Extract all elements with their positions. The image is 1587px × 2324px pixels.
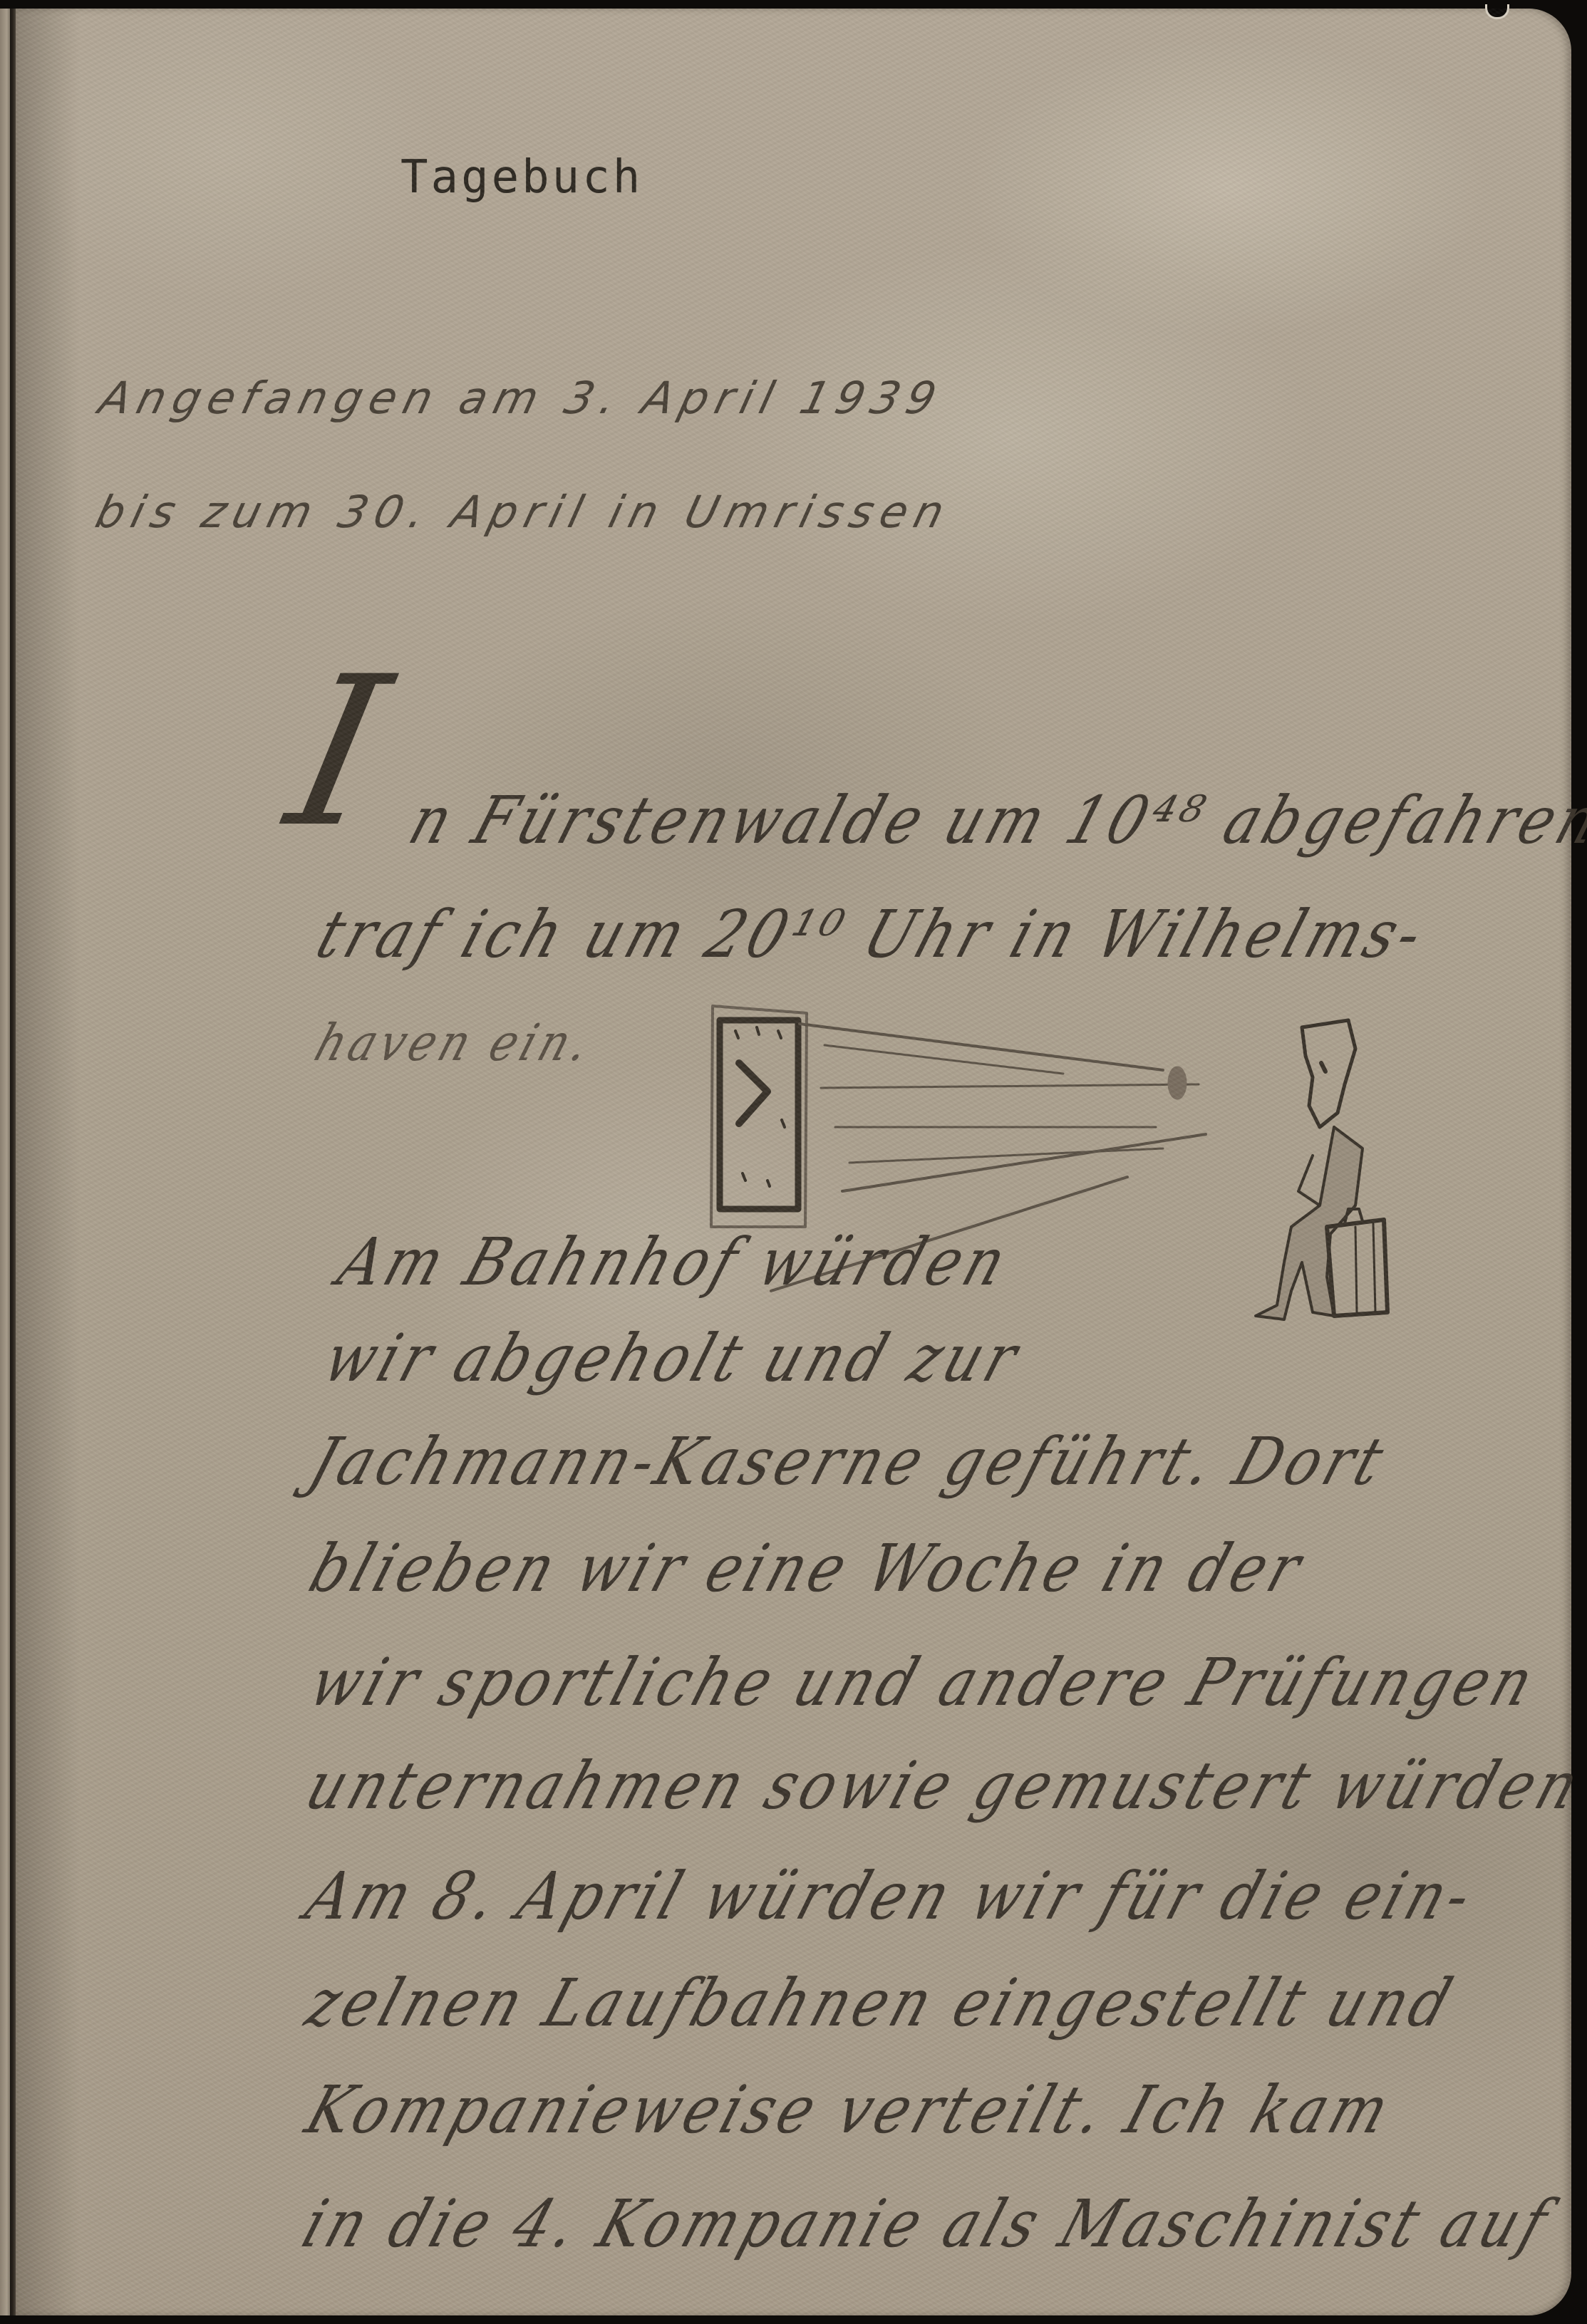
text-line: wir abgeholt und zur xyxy=(315,1320,1030,1396)
text-line: Jachmann-Kaserne geführt. Dort xyxy=(301,1423,1397,1500)
text-line: wir sportliche und andere Prüfungen xyxy=(301,1644,1546,1721)
page-title: Tagebuch xyxy=(400,151,643,204)
text-line: blieben wir eine Woche in der xyxy=(301,1530,1314,1607)
text-line: haven ein. xyxy=(308,1012,601,1072)
text-line: Kompanieweise verteilt. Ich kam xyxy=(297,2072,1402,2148)
text-line: Am Bahnhof würden xyxy=(329,1224,1019,1300)
binding-hole-icon xyxy=(1485,4,1509,19)
diary-page: Tagebuch Angefangen am 3. April 1939 bis… xyxy=(16,9,1571,2315)
text-line: n Fürstenwalde um 10⁴⁸ abgefahren xyxy=(400,782,1587,858)
start-date-line: Angefangen am 3. April 1939 xyxy=(94,372,948,424)
drop-cap: I xyxy=(275,650,400,856)
text-line: in die 4. Kompanie als Maschinist auf xyxy=(294,2186,1561,2262)
binding-spine xyxy=(10,9,16,2315)
text-line: traf ich um 20¹⁰ Uhr in Wilhelms- xyxy=(308,896,1436,972)
text-line: zelnen Laufbahnen eingestellt und xyxy=(297,1965,1464,2041)
text-line: Am 8. April würden wir für die ein- xyxy=(297,1858,1485,1934)
end-date-line: bis zum 30. April in Umrissen xyxy=(91,486,956,538)
text-line: unternahmen sowie gemustert würden xyxy=(297,1748,1587,1824)
